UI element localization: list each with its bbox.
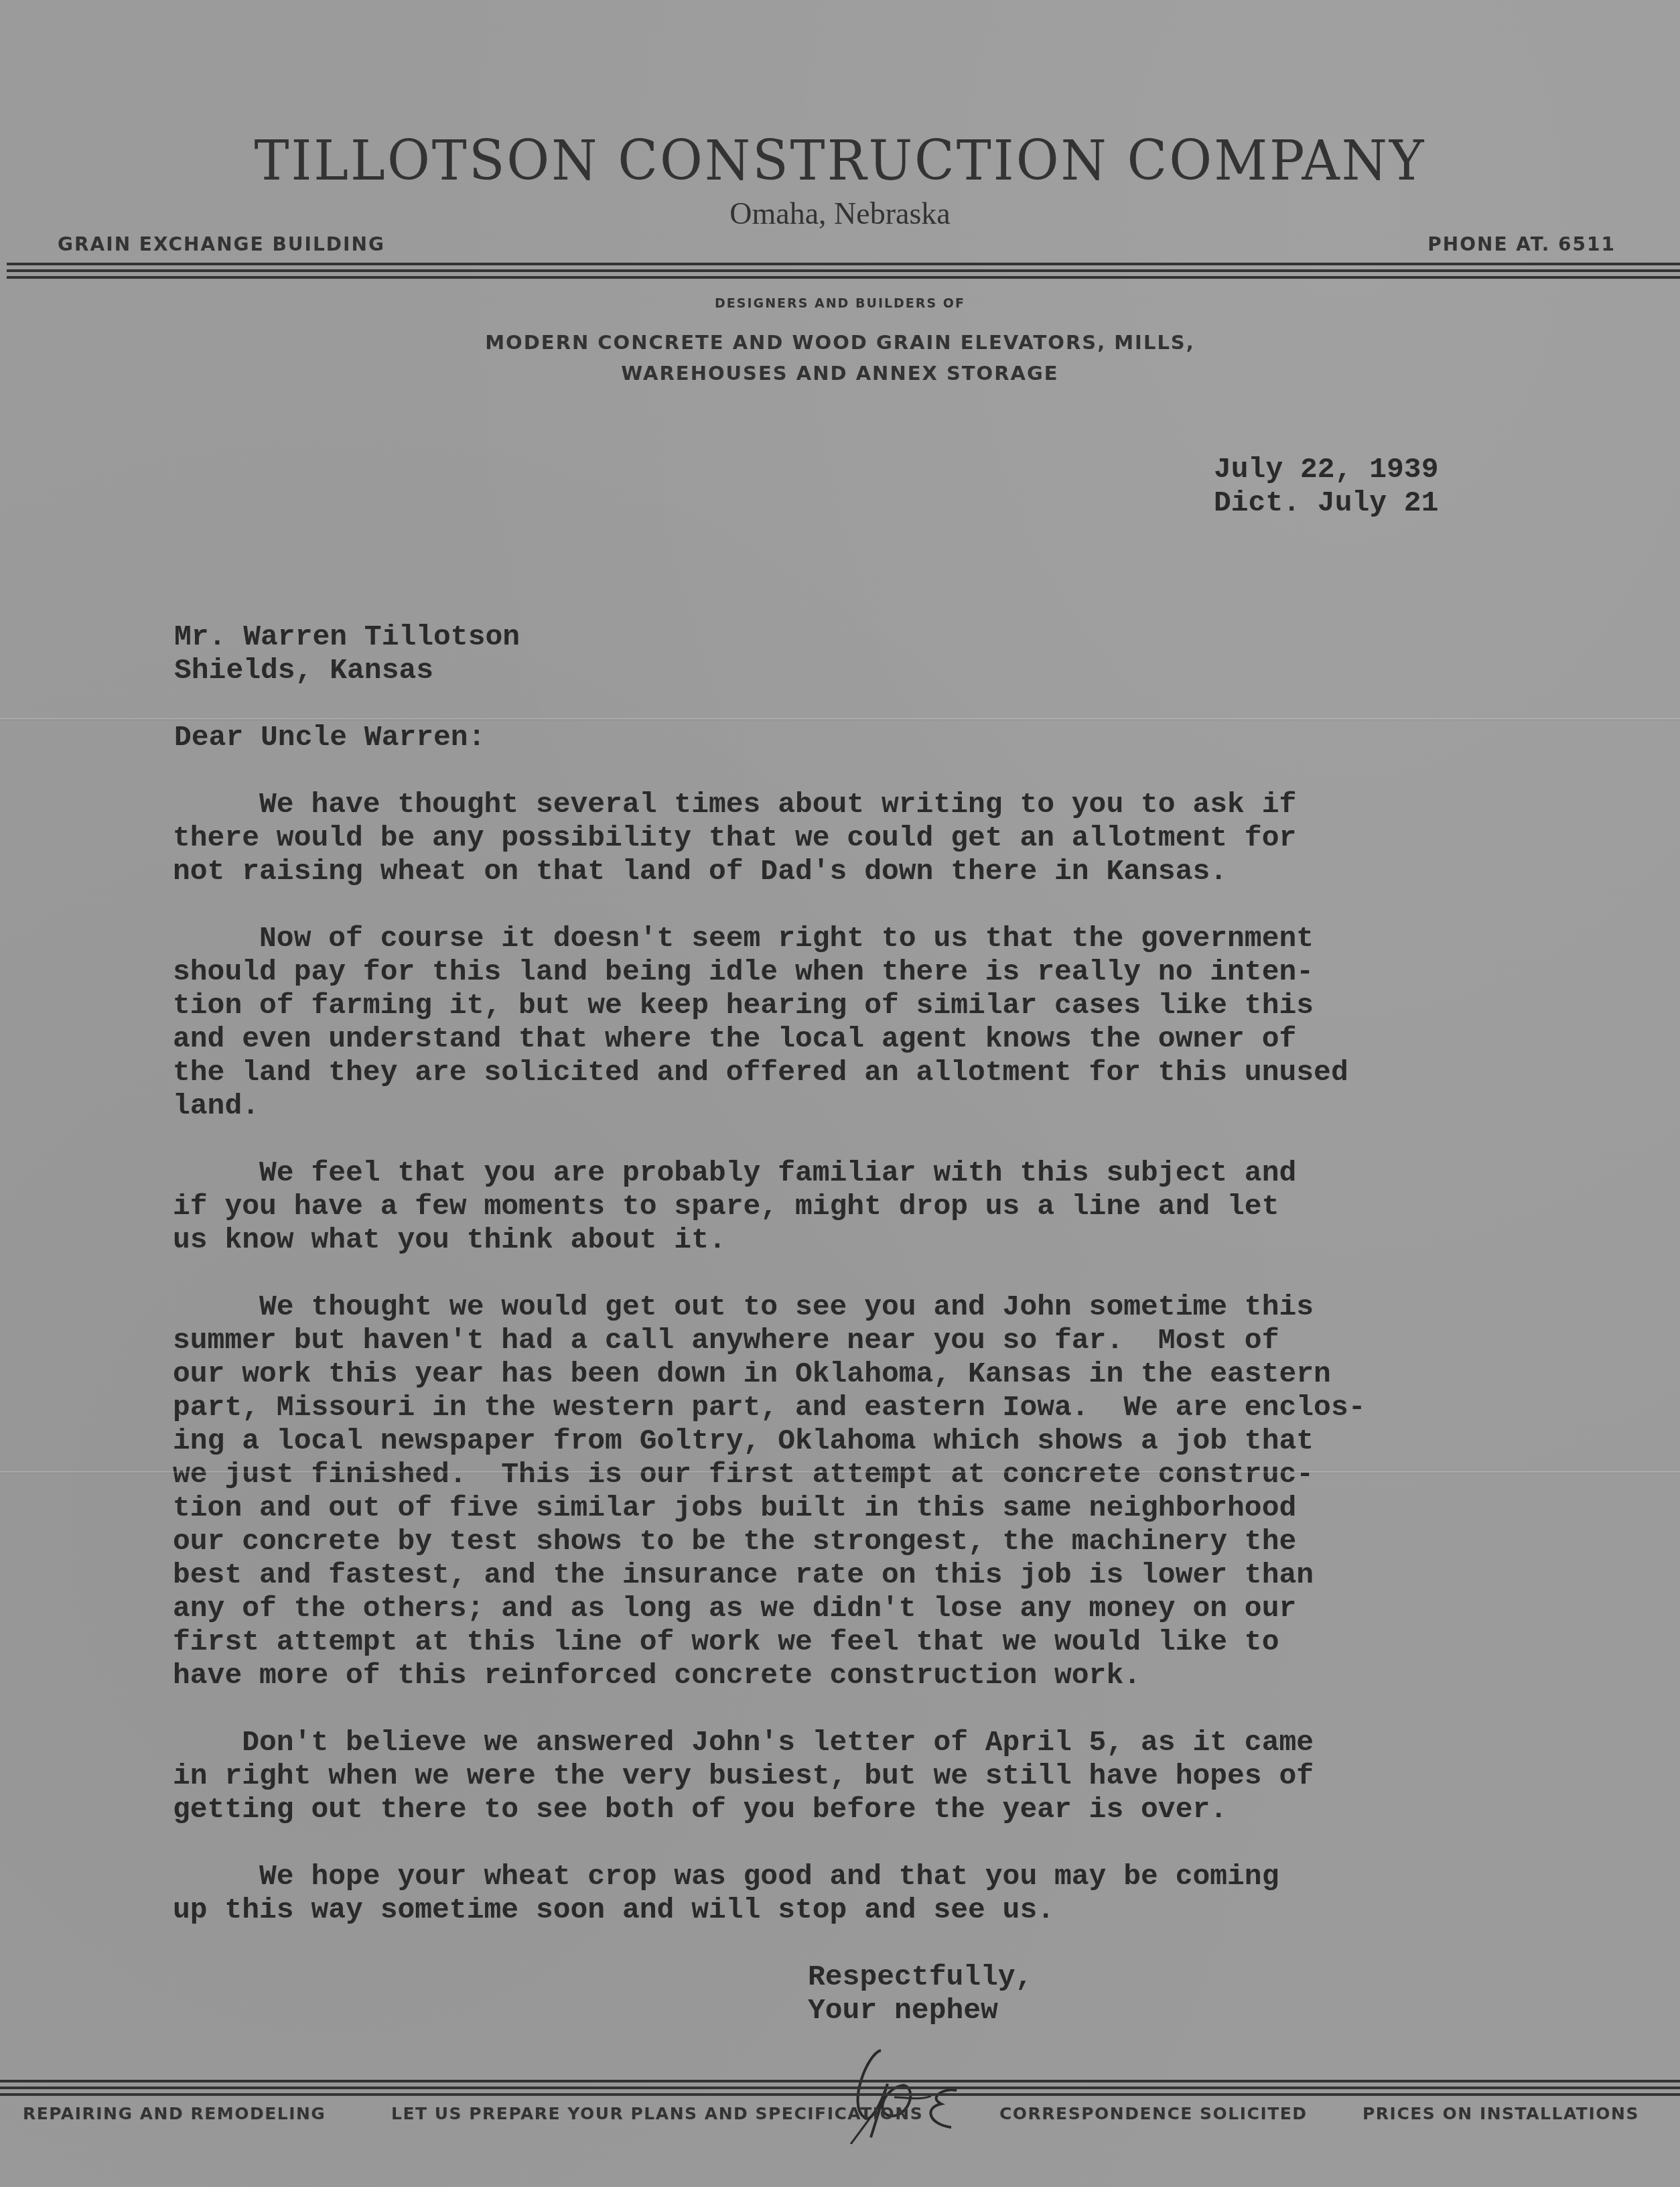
recipient-name: Mr. Warren Tillotson bbox=[174, 620, 520, 654]
paper-fold bbox=[0, 1471, 1680, 1473]
footer-correspondence: CORRESPONDENCE SOLICITED bbox=[999, 2104, 1308, 2123]
paragraph: We have thought several times about writ… bbox=[173, 788, 1580, 888]
paragraph: We hope your wheat crop was good and tha… bbox=[173, 1860, 1580, 1927]
paragraph: We thought we would get out to see you a… bbox=[173, 1290, 1580, 1693]
footer-plans: LET US PREPARE YOUR PLANS AND SPECIFICAT… bbox=[391, 2104, 923, 2123]
specialty-line-2: WAREHOUSES AND ANNEX STORAGE bbox=[0, 362, 1680, 385]
footer-rule bbox=[0, 2093, 1680, 2096]
closing-line: Respectfully, bbox=[808, 1961, 1032, 1994]
closing-relation: Your nephew bbox=[808, 1994, 998, 2028]
signature-joe bbox=[804, 2024, 1005, 2144]
specialty-line-1: MODERN CONCRETE AND WOOD GRAIN ELEVATORS… bbox=[0, 331, 1680, 354]
company-name: TILLOTSON CONSTRUCTION COMPANY bbox=[0, 130, 1680, 194]
footer-prices: PRICES ON INSTALLATIONS bbox=[1362, 2104, 1639, 2123]
company-city: Omaha, Nebraska bbox=[0, 196, 1680, 231]
paragraph: Don't believe we answered John's letter … bbox=[173, 1726, 1580, 1827]
header-rule bbox=[7, 276, 1680, 279]
designers-tagline: DESIGNERS AND BUILDERS OF bbox=[0, 296, 1680, 311]
company-phone: PHONE AT. 6511 bbox=[1427, 233, 1616, 255]
recipient-location: Shields, Kansas bbox=[174, 654, 433, 687]
dictation-date: Dict. July 21 bbox=[1214, 486, 1438, 520]
header-rule bbox=[7, 269, 1680, 272]
salutation: Dear Uncle Warren: bbox=[174, 721, 485, 754]
footer-repairing: REPAIRING AND REMODELING bbox=[23, 2104, 326, 2123]
paragraph: Now of course it doesn't seem right to u… bbox=[173, 922, 1580, 1123]
footer-rule bbox=[0, 2086, 1680, 2089]
footer-rule bbox=[0, 2080, 1680, 2082]
header-rule bbox=[7, 263, 1680, 265]
letter-date: July 22, 1939 bbox=[1214, 453, 1438, 486]
paragraph: We feel that you are probably familiar w… bbox=[173, 1156, 1580, 1257]
company-building: GRAIN EXCHANGE BUILDING bbox=[58, 233, 385, 255]
paper-fold bbox=[0, 718, 1680, 720]
